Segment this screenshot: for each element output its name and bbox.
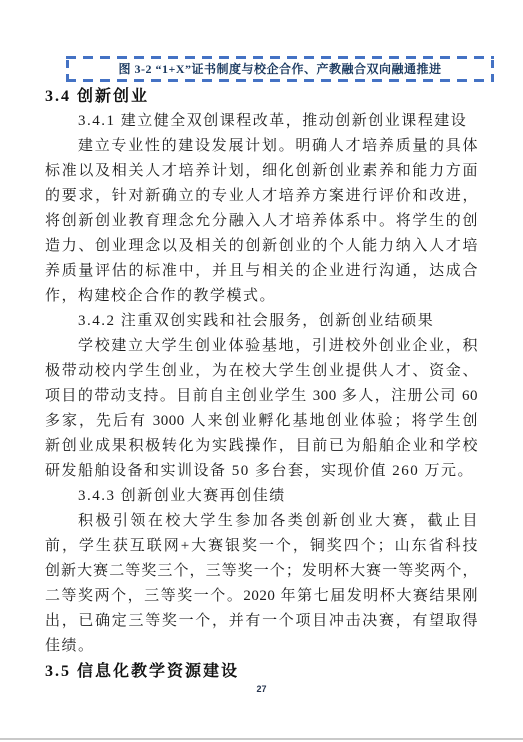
text-line: 新创业成果积极转化为实践操作，目前已为船舶企业和学校 — [45, 434, 478, 459]
text-line: 二等奖两个，三等奖一个。2020 年第七届发明杯大赛结果刚 — [45, 584, 478, 609]
text-line: 创新大赛二等奖三个，三等奖一个；发明杯大赛一等奖两个， — [45, 559, 478, 584]
text-line: 造力、创业理念以及相关的创新创业的个人能力纳入人才培 — [45, 234, 478, 259]
subsection-heading-3-4-2: 3.4.2 注重双创实践和社会服务，创新创业结硕果 — [45, 309, 478, 334]
page-bottom-divider — [0, 738, 523, 740]
text-line: 前，学生获互联网+大赛银奖一个，铜奖四个；山东省科技 — [45, 534, 478, 559]
text-line: 积极引领在校大学生参加各类创新创业大赛，截止目 — [45, 509, 478, 534]
figure-caption-selection-box[interactable]: 图 3-2 “1+X”证书制度与校企合作、产教融合双向融通推进 — [66, 56, 494, 82]
text-line: 的要求，针对新确立的专业人才培养方案进行评价和改进， — [45, 184, 478, 209]
text-line: 出，已确定三等奖一个，并有一个项目冲击决赛，有望取得 — [45, 609, 478, 634]
text-line: 项目的带动支持。目前自主创业学生 300 多人，注册公司 60 — [45, 384, 478, 409]
text-line: 佳绩。 — [45, 634, 478, 659]
text-line: 养质量评估的标准中，并且与相关的企业进行沟通，达成合 — [45, 259, 478, 284]
text-line: 作，构建校企合作的教学模式。 — [45, 284, 478, 309]
text-line: 3.4.1 建立健全双创课程改革，推动创新创业课程建设 — [45, 109, 478, 134]
page-number: 27 — [45, 684, 478, 694]
section-heading-3-5: 3.5 信息化教学资源建设 — [45, 659, 478, 684]
document-page: 图 3-2 “1+X”证书制度与校企合作、产教融合双向融通推进 3.4 创新创业… — [0, 0, 523, 742]
figure-caption: 图 3-2 “1+X”证书制度与校企合作、产教融合双向融通推进 — [118, 62, 441, 76]
text-line: 学校建立大学生创业体验基地，引进校外创业企业，积 — [45, 334, 478, 359]
text-line: 多家，先后有 3000 人来创业孵化基地创业体验；将学生创 — [45, 409, 478, 434]
text-line: 将创新创业教育理念允分融入人才培养体系中。将学生的创 — [45, 209, 478, 234]
document-body: 3.4 创新创业 3.4.1 建立健全双创课程改革，推动创新创业课程建设 建立专… — [45, 84, 478, 684]
text-line: 建立专业性的建设发展计划。明确人才培养质量的具体 — [45, 134, 478, 159]
section-heading-3-4: 3.4 创新创业 — [45, 84, 478, 109]
subsection-heading-3-4-3: 3.4.3 创新创业大赛再创佳绩 — [45, 484, 478, 509]
text-line: 标准以及相关人才培养计划，细化创新创业素养和能力方面 — [45, 159, 478, 184]
text-line: 极带动校内学生创业，为在校大学生创业提供人才、资金、 — [45, 359, 478, 384]
text-line: 研发船舶设备和实训设备 50 多台套，实现价值 260 万元。 — [45, 459, 478, 484]
